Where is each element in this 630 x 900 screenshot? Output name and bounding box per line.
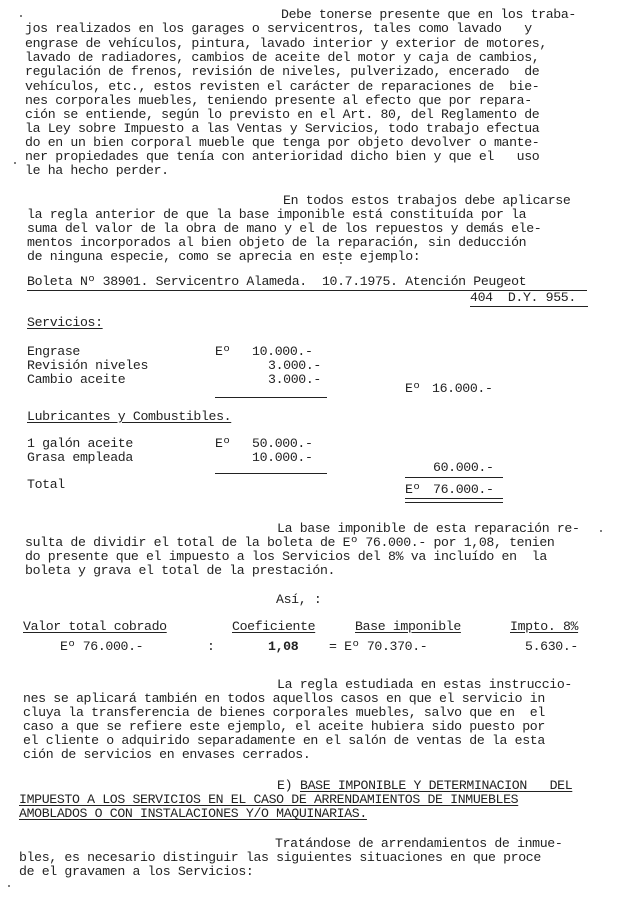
text-line: cluya la transferencia de bienes corpora…	[23, 706, 545, 720]
service-item-label: Cambio aceite	[27, 373, 125, 387]
lubricants-heading: Lubricantes y Combustibles.	[27, 410, 231, 424]
lubricant-item-label: Grasa empleada	[27, 451, 133, 465]
text-line: ción se entiende, según lo previsto en e…	[25, 108, 539, 122]
service-item-amount: 10.000.-	[252, 345, 313, 359]
service-item-amount: 3.000.-	[268, 359, 321, 373]
column-header: Base imponible	[355, 620, 461, 634]
cell-tax-amount: 5.630.-	[525, 640, 578, 654]
scan-noise	[8, 885, 10, 887]
divider	[470, 306, 588, 307]
text-line: caso a que se refiere este ejemplo, el a…	[23, 720, 545, 734]
text-line: lavado de radiadores, cambios de aceite …	[25, 51, 539, 65]
lubricants-subtotal: 60.000.-	[433, 461, 494, 475]
scan-noise	[340, 262, 342, 264]
column-header: Valor total cobrado	[23, 620, 167, 634]
section-title: BASE IMPONIBLE Y DETERMINACION DEL	[300, 779, 572, 793]
document-page: Debe tonerse presente que en los traba- …	[0, 0, 630, 900]
double-underline	[405, 498, 503, 503]
text-line: La regla estudiada en estas instruccio-	[277, 678, 572, 692]
divider	[405, 477, 503, 478]
scan-noise	[600, 530, 602, 532]
divider	[215, 397, 327, 398]
text-line: do presente que el impuesto a los Servic…	[25, 550, 547, 564]
text-line: ner propiedades que tenía con anteriorid…	[25, 150, 539, 164]
section-title: AMOBLADOS O CON INSTALACIONES Y/O MAQUIN…	[19, 807, 367, 821]
text-line: el cliente o adquirido separadamente en …	[23, 734, 545, 748]
divider	[215, 473, 327, 474]
text-line: Debe tonerse presente que en los traba-	[281, 8, 576, 22]
text-line: de el gravamen a los Servicios:	[19, 865, 253, 879]
text-line: nes se aplicará también en todos aquello…	[23, 692, 545, 706]
cell-total-charged: Eº 76.000.-	[60, 640, 143, 654]
receipt-total: 76.000.-	[433, 483, 494, 497]
services-subtotal: 16.000.-	[432, 382, 493, 396]
total-label: Total	[27, 478, 65, 492]
text-line: Tratándose de arrendamientos de inmue-	[275, 837, 562, 851]
calculation-intro: Así, :	[276, 593, 321, 607]
text-line: sulta de dividir el total de la boleta d…	[25, 536, 554, 550]
text-line: En todos estos trabajos debe aplicarse	[283, 194, 570, 208]
text-line: suma del valor de la obra de mano y el d…	[27, 222, 541, 236]
text-line: nes corporales muebles, teniendo present…	[25, 94, 532, 108]
text-line: mentos incorporados al bien objeto de la…	[27, 236, 526, 250]
services-heading: Servicios:	[27, 316, 103, 330]
service-item-label: Engrase	[27, 345, 80, 359]
scan-noise	[20, 15, 22, 17]
text-line: la regla anterior de que la base imponib…	[27, 208, 526, 222]
cell-taxable-base: = Eº 70.370.-	[329, 640, 427, 654]
text-line: engrase de vehículos, pintura, lavado in…	[25, 37, 547, 51]
currency-symbol: Eº	[405, 382, 420, 396]
text-line: vehículos, etc., estos revisten el carác…	[25, 80, 539, 94]
text-line: regulación de frenos, revisión de nivele…	[25, 65, 539, 79]
text-line: do en un bien corporal mueble que tenga …	[25, 136, 539, 150]
cell-divide-sign: :	[207, 640, 215, 654]
currency-symbol: Eº	[405, 483, 420, 497]
lubricant-item-amount: 10.000.-	[252, 451, 313, 465]
section-marker: E)	[277, 779, 292, 793]
text-line: jos realizados en los garages o servicen…	[25, 22, 532, 36]
text-line: de ninguna especie, como se aprecia en e…	[27, 250, 420, 264]
scan-noise	[14, 162, 16, 164]
text-line: ción de servicios en envases cerrados.	[23, 748, 310, 762]
text-line: la Ley sobre Impuesto a las Ventas y Ser…	[25, 122, 539, 136]
currency-symbol: Eº	[215, 437, 230, 451]
lubricant-item-amount: 50.000.-	[252, 437, 313, 451]
text-line: le ha hecho perder.	[25, 164, 169, 178]
text-line: La base imponible de esta reparación re-	[277, 522, 580, 536]
column-header: Coeficiente	[232, 620, 315, 634]
receipt-header-plate: 404 D.Y. 955.	[470, 291, 576, 305]
column-header: Impto. 8%	[510, 620, 578, 634]
text-line: bles, es necesario distinguir las siguie…	[19, 851, 541, 865]
lubricant-item-label: 1 galón aceite	[27, 437, 133, 451]
cell-coefficient: 1,08	[268, 640, 298, 654]
service-item-amount: 3.000.-	[268, 373, 321, 387]
service-item-label: Revisión niveles	[27, 359, 148, 373]
currency-symbol: Eº	[215, 345, 230, 359]
receipt-header: Boleta Nº 38901. Servicentro Alameda. 10…	[27, 275, 526, 289]
text-line: boleta y grava el total de la prestación…	[25, 564, 335, 578]
section-title: IMPUESTO A LOS SERVICIOS EN EL CASO DE A…	[19, 793, 518, 807]
